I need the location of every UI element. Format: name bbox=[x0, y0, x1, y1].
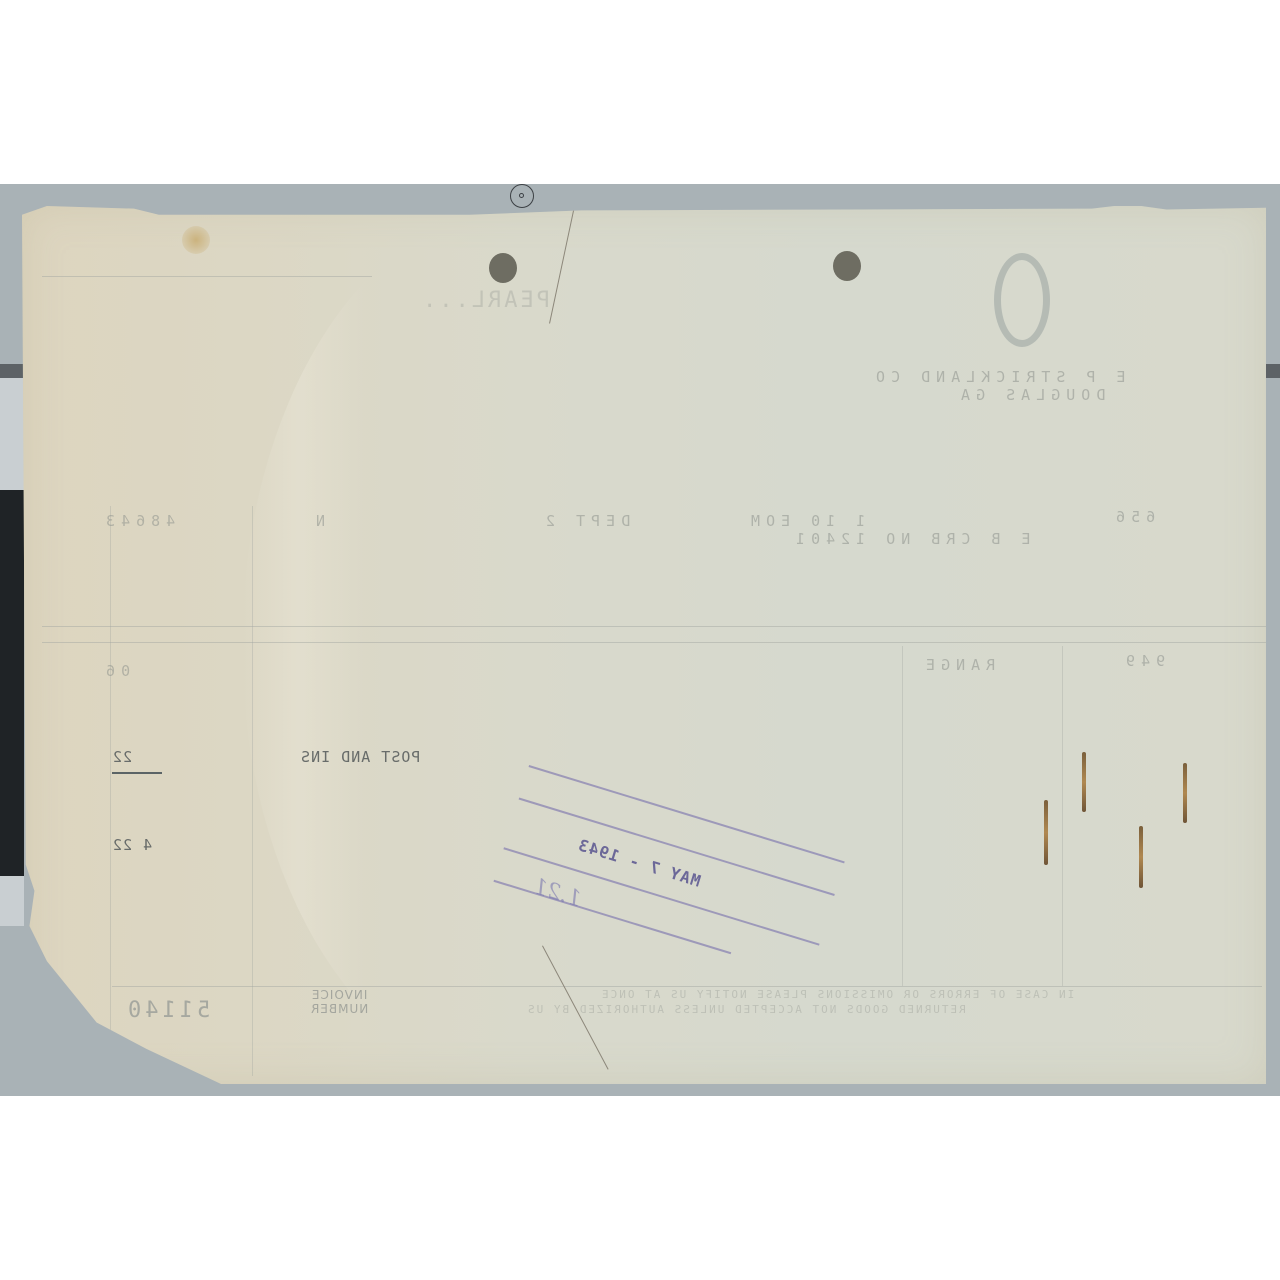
item-desc: RANGE bbox=[920, 656, 995, 674]
ghost-rule bbox=[902, 646, 903, 986]
customer-name-ghost: E P STRICKLAND CO bbox=[870, 368, 1126, 386]
punch-hole-right bbox=[833, 251, 861, 281]
disclaimer-line-2: RETURNED GOODS NOT ACCEPTED UNLESS AUTHO… bbox=[526, 1003, 966, 1016]
ghost-rule bbox=[42, 276, 372, 277]
ghost-rule bbox=[1062, 646, 1063, 986]
backdrop-stripe bbox=[0, 364, 24, 378]
punch-hole-left bbox=[489, 253, 517, 283]
item-code: 949 bbox=[1120, 652, 1165, 670]
rust-mark bbox=[1183, 763, 1187, 823]
backdrop-panel bbox=[0, 378, 24, 490]
ghost-rule bbox=[112, 986, 1262, 987]
ghost-rule bbox=[252, 506, 253, 1076]
order-dept: DEPT 2 bbox=[540, 512, 630, 530]
logo-emblem-icon bbox=[994, 253, 1050, 347]
stain bbox=[182, 226, 210, 254]
order-terms: 1 10 EOM bbox=[745, 512, 865, 530]
invoice-number-label: INVOICE NUMBER bbox=[310, 988, 368, 1016]
invoice-number: 51140 bbox=[124, 998, 210, 1023]
order-left-code: 48643 bbox=[100, 512, 175, 530]
order-col: N bbox=[310, 512, 325, 530]
order-ref: E B CRB NO 12401 bbox=[790, 530, 1031, 548]
stamp-signature: 1.21 bbox=[530, 874, 584, 912]
total-amount: 4 22 bbox=[112, 836, 152, 854]
backdrop-panel bbox=[0, 876, 24, 926]
ghost-rule bbox=[42, 642, 1266, 643]
backdrop-stripe bbox=[1264, 364, 1280, 378]
disclaimer-line-1: IN CASE OF ERRORS OR OMISSIONS PLEASE NO… bbox=[600, 988, 1074, 1001]
order-right-code: 656 bbox=[1110, 508, 1155, 526]
ghost-rule bbox=[42, 626, 1266, 627]
company-name-ghost: PEARL... bbox=[420, 288, 550, 313]
underline bbox=[112, 772, 162, 774]
rust-mark bbox=[1082, 752, 1086, 812]
amount-underlined: 22 bbox=[112, 748, 132, 766]
registration-mark-icon bbox=[510, 184, 534, 208]
post-and-ins-line: POST AND INS bbox=[300, 748, 420, 766]
ghost-rule bbox=[110, 506, 111, 1076]
rust-mark bbox=[1139, 826, 1143, 888]
rust-mark bbox=[1044, 800, 1048, 865]
stamp-date: MAY 7 - 1943 bbox=[575, 835, 703, 890]
item-qty: 06 bbox=[100, 662, 130, 680]
customer-city-ghost: DOUGLAS GA bbox=[955, 386, 1105, 404]
backdrop-dark-bar bbox=[0, 490, 24, 876]
